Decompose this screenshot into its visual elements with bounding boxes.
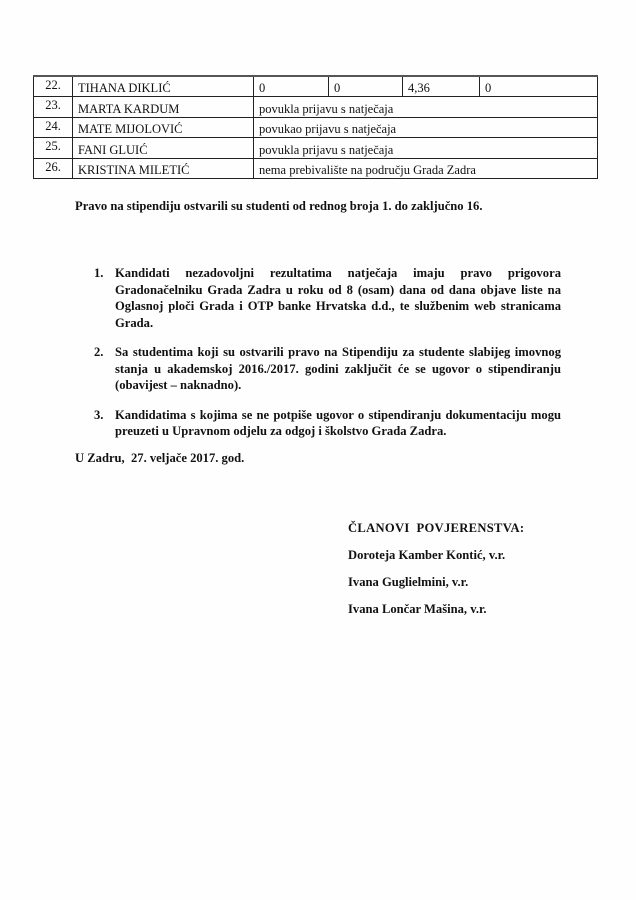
table-row: 22. TIHANA DIKLIĆ 0 0 4,36 0 bbox=[34, 76, 598, 97]
committee-member: Ivana Lončar Mašina, v.r. bbox=[348, 602, 524, 617]
notice-item: 2. Sa studentima koji su ostvarili pravo… bbox=[94, 344, 561, 394]
item-number: 2. bbox=[94, 344, 103, 361]
item-number: 1. bbox=[94, 265, 103, 282]
results-table: 22. TIHANA DIKLIĆ 0 0 4,36 0 23. MARTA K… bbox=[33, 75, 598, 179]
score-cell: 0 bbox=[254, 76, 329, 97]
student-name: MATE MIJOLOVIĆ bbox=[73, 117, 254, 138]
row-number: 24. bbox=[34, 117, 73, 138]
status-note: povukao prijavu s natječaja bbox=[254, 117, 598, 138]
row-number: 26. bbox=[34, 158, 73, 179]
row-number: 22. bbox=[34, 76, 73, 97]
item-number: 3. bbox=[94, 407, 103, 424]
item-text: Sa studentima koji su ostvarili pravo na… bbox=[115, 345, 561, 392]
notice-list: 1. Kandidati nezadovoljni rezultatima na… bbox=[94, 265, 561, 453]
score-cell: 0 bbox=[480, 76, 598, 97]
student-name: FANI GLUIĆ bbox=[73, 138, 254, 159]
student-name: TIHANA DIKLIĆ bbox=[73, 76, 254, 97]
committee-member: Ivana Guglielmini, v.r. bbox=[348, 575, 524, 590]
committee-title: ČLANOVI POVJERENSTVA: bbox=[348, 521, 524, 536]
table-row: 24. MATE MIJOLOVIĆ povukao prijavu s nat… bbox=[34, 117, 598, 138]
notice-item: 1. Kandidati nezadovoljni rezultatima na… bbox=[94, 265, 561, 331]
summary-statement: Pravo na stipendiju ostvarili su student… bbox=[75, 199, 483, 214]
score-cell: 4,36 bbox=[403, 76, 480, 97]
score-cell: 0 bbox=[329, 76, 403, 97]
status-note: povukla prijavu s natječaja bbox=[254, 138, 598, 159]
row-number: 23. bbox=[34, 97, 73, 118]
row-number: 25. bbox=[34, 138, 73, 159]
table-row: 25. FANI GLUIĆ povukla prijavu s natječa… bbox=[34, 138, 598, 159]
table-row: 23. MARTA KARDUM povukla prijavu s natje… bbox=[34, 97, 598, 118]
committee-block: ČLANOVI POVJERENSTVA: Doroteja Kamber Ko… bbox=[348, 521, 524, 629]
notice-item: 3. Kandidatima s kojima se ne potpiše ug… bbox=[94, 407, 561, 440]
status-note: povukla prijavu s natječaja bbox=[254, 97, 598, 118]
committee-member: Doroteja Kamber Kontić, v.r. bbox=[348, 548, 524, 563]
place-date: U Zadru, 27. veljače 2017. god. bbox=[75, 451, 244, 466]
student-name: MARTA KARDUM bbox=[73, 97, 254, 118]
status-note: nema prebivalište na području Grada Zadr… bbox=[254, 158, 598, 179]
table-row: 26. KRISTINA MILETIĆ nema prebivalište n… bbox=[34, 158, 598, 179]
student-name: KRISTINA MILETIĆ bbox=[73, 158, 254, 179]
item-text: Kandidati nezadovoljni rezultatima natje… bbox=[115, 266, 561, 330]
item-text: Kandidatima s kojima se ne potpiše ugovo… bbox=[115, 408, 561, 439]
